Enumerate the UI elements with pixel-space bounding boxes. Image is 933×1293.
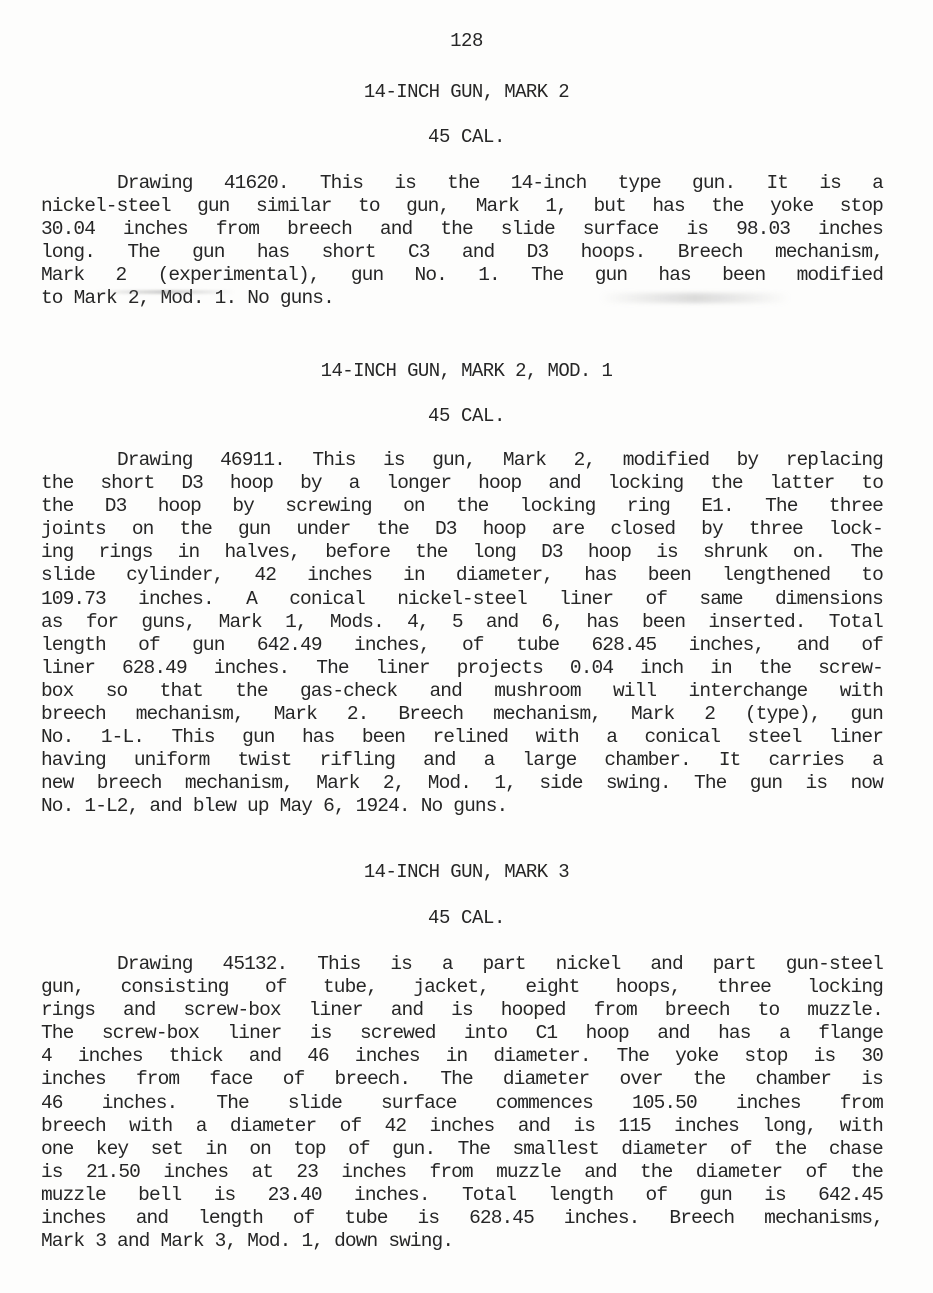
text-line: is21.50inchesat23inchesfrommuzzleandthed… [41,1161,883,1184]
text-line: Drawing41620.Thisisthe14-inchtypegun.Iti… [41,172,883,195]
text-line: 109.73inches.Aconicalnickel-steellinerof… [41,588,883,611]
text-line: Mark3andMark3,Mod.1,downswing. [41,1230,883,1253]
text-line: liner628.49inches.Thelinerprojects0.04in… [41,657,883,680]
text-line: No.1-L.Thisgunhasbeenrelinedwithaconical… [41,726,883,749]
text-line: theD3hoopbyscrewingonthelockingringE1.Th… [41,495,883,518]
page-number: 128 [0,30,933,52]
section-heading-mark-3: 14-INCH GUN, MARK 3 [0,861,933,883]
section-caliber-mark-2-mod-1: 45 CAL. [0,405,933,427]
text-line: boxsothatthegas-checkandmushroomwillinte… [41,680,883,703]
text-line: nickel-steelgunsimilartogun,Mark1,buthas… [41,195,883,218]
text-line: onekeysetinontopofgun.Thesmallestdiamete… [41,1138,883,1161]
scan-smudge [600,293,790,303]
text-line: No.1-L2,andblewupMay6,1924.Noguns. [41,795,883,818]
text-line: muzzlebellis23.40inches.Totallengthofgun… [41,1184,883,1207]
section-heading-mark-2-mod-1: 14-INCH GUN, MARK 2, MOD. 1 [0,360,933,382]
text-line: asforguns,Mark1,Mods.4,5and6,hasbeeninse… [41,611,883,634]
text-line: long.ThegunhasshortC3andD3hoops.Breechme… [41,241,883,264]
text-line: 30.04inchesfrombreechandtheslidesurfacei… [41,218,883,241]
text-line: havinguniformtwistriflingandalargechambe… [41,749,883,772]
strike-through-mark [95,290,235,294]
text-line: gun,consistingoftube,jacket,eighthoops,t… [41,976,883,999]
section-paragraph-mark-2-mod-1: Drawing46911.Thisisgun,Mark2,modifiedbyr… [41,449,883,819]
section-heading-mark-2: 14-INCH GUN, MARK 2 [0,81,933,103]
text-line: Mark2(experimental),gunNo.1.Thegunhasbee… [41,264,883,287]
text-line: lengthofgun642.49inches,oftube628.45inch… [41,634,883,657]
text-line: slidecylinder,42inchesindiameter,hasbeen… [41,564,883,587]
section-caliber-mark-2: 45 CAL. [0,126,933,148]
section-paragraph-mark-3: Drawing45132.Thisisapartnickelandpartgun… [41,953,883,1253]
text-line: theshortD3hoopbyalongerhoopandlockingthe… [41,472,883,495]
text-line: Thescrew-boxlinerisscrewedintoC1hoopandh… [41,1022,883,1045]
text-line: jointsonthegunundertheD3hoopareclosedbyt… [41,518,883,541]
text-line: newbreechmechanism,Mark2,Mod.1,sideswing… [41,772,883,795]
text-line: ringsandscrew-boxlinerandishoopedfrombre… [41,999,883,1022]
text-line: inchesfromfaceofbreech.Thediameteroverth… [41,1068,883,1091]
text-line: 4inchesthickand46inchesindiameter.Theyok… [41,1045,883,1068]
text-line: breechmechanism,Mark2.Breechmechanism,Ma… [41,703,883,726]
text-line: Drawing46911.Thisisgun,Mark2,modifiedbyr… [41,449,883,472]
text-line: 46inches.Theslidesurfacecommences105.50i… [41,1092,883,1115]
section-caliber-mark-3: 45 CAL. [0,907,933,929]
text-line: inchesandlengthoftubeis628.45inches.Bree… [41,1207,883,1230]
text-line: breechwithadiameterof42inchesandis115inc… [41,1115,883,1138]
text-line: Drawing45132.Thisisapartnickelandpartgun… [41,953,883,976]
text-line: ingringsinhalves,beforethelongD3hoopissh… [41,541,883,564]
